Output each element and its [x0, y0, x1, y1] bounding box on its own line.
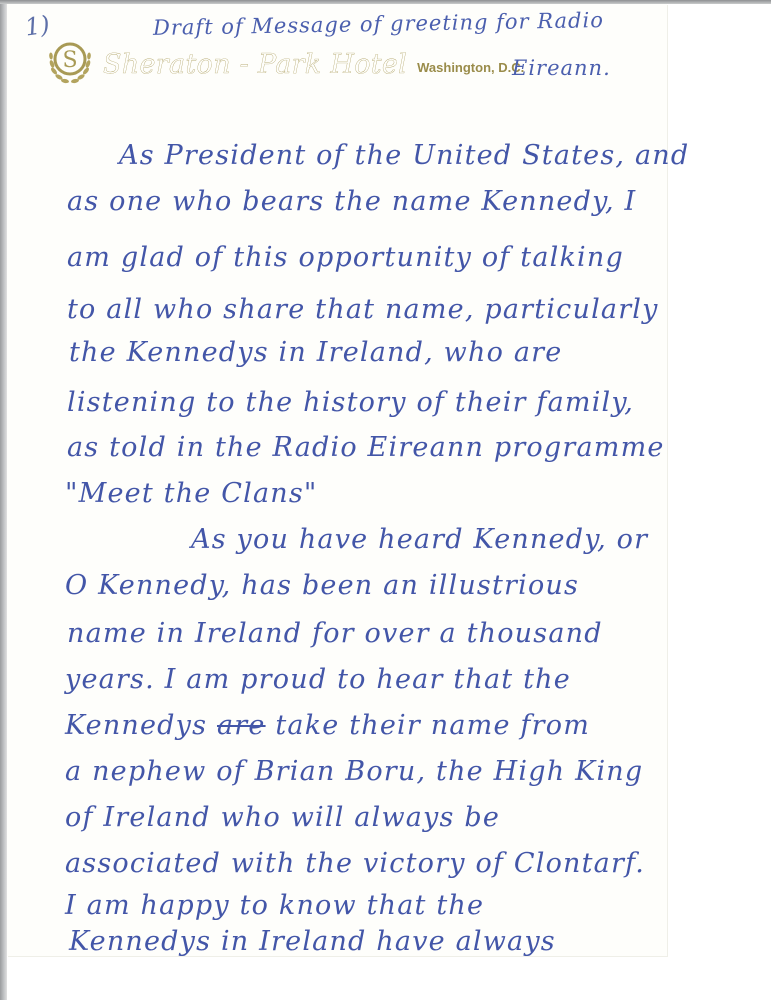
hotel-name: Sheraton - Park Hotel: [103, 49, 407, 80]
body-line: of Ireland who will always be: [65, 802, 500, 833]
body-line: "Meet the Clans": [65, 478, 318, 509]
body-line: to all who share that name, particularly: [67, 294, 659, 325]
body-line: Kennedys are take their name from: [65, 710, 590, 741]
hotel-city: Washington, D.C.: [417, 60, 524, 75]
body-line: Kennedys in Ireland have always: [69, 926, 556, 957]
body-line: am glad of this opportunity of talking: [67, 242, 624, 273]
body-line: O Kennedy, has been an illustrious: [65, 570, 579, 601]
struck-word: are: [217, 710, 266, 741]
letter-page: 1): [7, 4, 667, 956]
body-word: take their name from: [275, 710, 590, 741]
body-line: I am happy to know that the: [65, 890, 484, 921]
svg-text:S: S: [62, 48, 77, 73]
body-line: years. I am proud to hear that the: [65, 664, 571, 695]
draft-title-line-1: Draft of Message of greeting for Radio: [153, 8, 604, 40]
body-line: As President of the United States, and: [119, 140, 689, 171]
scanned-letter: 1): [0, 0, 771, 1000]
body-line: associated with the victory of Clontarf.: [65, 848, 645, 879]
draft-title-line-2: Eireann.: [512, 56, 611, 80]
body-word: Kennedys: [65, 710, 207, 741]
scanner-left-edge: [0, 0, 7, 1000]
body-line: as one who bears the name Kennedy, I: [67, 186, 636, 217]
body-line: the Kennedys in Ireland, who are: [69, 337, 562, 368]
body-line: listening to the history of their family…: [67, 387, 634, 418]
body-line: a nephew of Brian Boru, the High King: [65, 756, 643, 787]
sheraton-logo-icon: S: [43, 34, 97, 88]
letterhead: S Sheraton - Park Hotel Washington, D.C.: [43, 34, 524, 88]
body-line: name in Ireland for over a thousand: [67, 618, 603, 649]
body-line: As you have heard Kennedy, or: [191, 524, 648, 555]
body-line: as told in the Radio Eireann programme: [67, 432, 665, 463]
